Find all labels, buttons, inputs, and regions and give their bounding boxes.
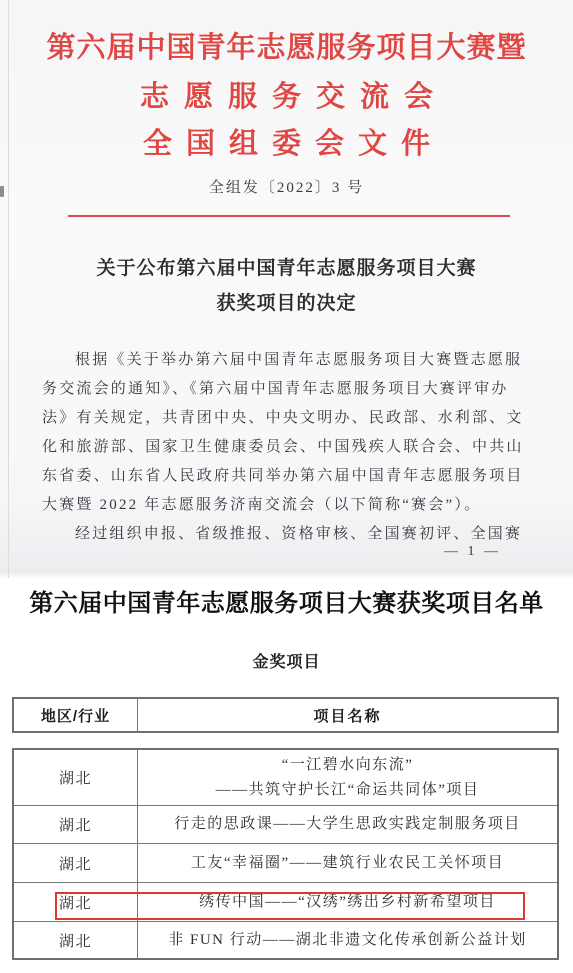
cell-region: 湖北 [14, 806, 138, 843]
doc-body-line: 东省委、山东省人民政府共同举办第六届中国青年志愿服务项目 [42, 462, 516, 491]
doc-body-paragraph: 根据《关于举办第六届中国青年志愿服务项目大赛暨志愿服 务交流会的通知》、《第六届… [42, 346, 516, 549]
cell-project: 工友“幸福圈”——建筑行业农民工关怀项目 [138, 844, 557, 882]
cell-project: 行走的思政课——大学生思政实践定制服务项目 [138, 806, 557, 843]
cell-project: 绣传中国——“汉绣”绣出乡村新希望项目 [138, 883, 557, 921]
table-row: 湖北 “一江碧水向东流” ——共筑守护长江“命运共同体”项目 [14, 750, 557, 806]
awards-table-body: 湖北 “一江碧水向东流” ——共筑守护长江“命运共同体”项目 湖北 行走的思政课… [12, 748, 559, 960]
doc-body-line: 大赛暨 2022 年志愿服务济南交流会（以下简称“赛会”）。 [42, 491, 516, 520]
table-row: 湖北 工友“幸福圈”——建筑行业农民工关怀项目 [14, 844, 557, 883]
doc-page-number: — 1 — [444, 544, 501, 560]
project-name-line: 非 FUN 行动——湖北非遗文化传承创新公益计划 [168, 928, 527, 953]
award-tier-label: 金奖项目 [0, 649, 573, 672]
doc-body-line: 根据《关于举办第六届中国青年志愿服务项目大赛暨志愿服 [42, 346, 516, 375]
project-name-line: 行走的思政课——大学生思政实践定制服务项目 [174, 812, 521, 837]
scanned-official-document: 第六届中国青年志愿服务项目大赛暨 志愿服务交流会 全国组委会文件 全组发〔202… [0, 0, 573, 578]
project-name-line: “一江碧水向东流” [282, 753, 414, 778]
cell-project: 非 FUN 行动——湖北非遗文化传承创新公益计划 [138, 922, 557, 958]
doc-reference-number: 全组发〔2022〕3 号 [0, 176, 573, 197]
project-name-line: ——共筑守护长江“命运共同体”项目 [216, 778, 480, 803]
table-row: 湖北 行走的思政课——大学生思政实践定制服务项目 [14, 806, 557, 844]
project-name-line: 绣传中国——“汉绣”绣出乡村新希望项目 [199, 890, 496, 915]
doc-body-line: 法》有关规定，共青团中央、中央文明办、民政部、水利部、文 [42, 404, 516, 433]
awards-table-header: 地区/行业 项目名称 [12, 697, 559, 733]
document-page: 第六届中国青年志愿服务项目大赛暨 志愿服务交流会 全国组委会文件 全组发〔202… [0, 0, 573, 973]
doc-body-line: 化和旅游部、国家卫生健康委员会、中国残疾人联合会、中共山 [42, 433, 516, 462]
doc-title-line2: 志愿服务交流会 [0, 79, 573, 115]
doc-title-line3: 全国组委会文件 [0, 126, 573, 162]
table-row: 湖北 非 FUN 行动——湖北非遗文化传承创新公益计划 [14, 922, 557, 958]
table-row-highlighted: 湖北 绣传中国——“汉绣”绣出乡村新希望项目 [14, 883, 557, 922]
doc-title-line1: 第六届中国青年志愿服务项目大赛暨 [0, 30, 573, 66]
awards-list-heading: 第六届中国青年志愿服务项目大赛获奖项目名单 [0, 583, 573, 618]
doc-subject-heading: 关于公布第六届中国青年志愿服务项目大赛 获奖项目的决定 [0, 251, 573, 321]
doc-subject-line1: 关于公布第六届中国青年志愿服务项目大赛 [0, 251, 573, 286]
cell-region: 湖北 [14, 922, 138, 958]
red-divider-line [68, 215, 510, 217]
cell-region: 湖北 [14, 844, 138, 882]
header-cell-region: 地区/行业 [14, 699, 138, 731]
header-cell-project: 项目名称 [138, 699, 557, 731]
doc-body-line: 务交流会的通知》、《第六届中国青年志愿服务项目大赛评审办 [42, 375, 516, 404]
cell-project: “一江碧水向东流” ——共筑守护长江“命运共同体”项目 [138, 750, 557, 805]
doc-subject-line2: 获奖项目的决定 [0, 286, 573, 321]
cell-region: 湖北 [14, 750, 138, 805]
project-name-line: 工友“幸福圈”——建筑行业农民工关怀项目 [191, 851, 504, 876]
cell-region: 湖北 [14, 883, 138, 921]
